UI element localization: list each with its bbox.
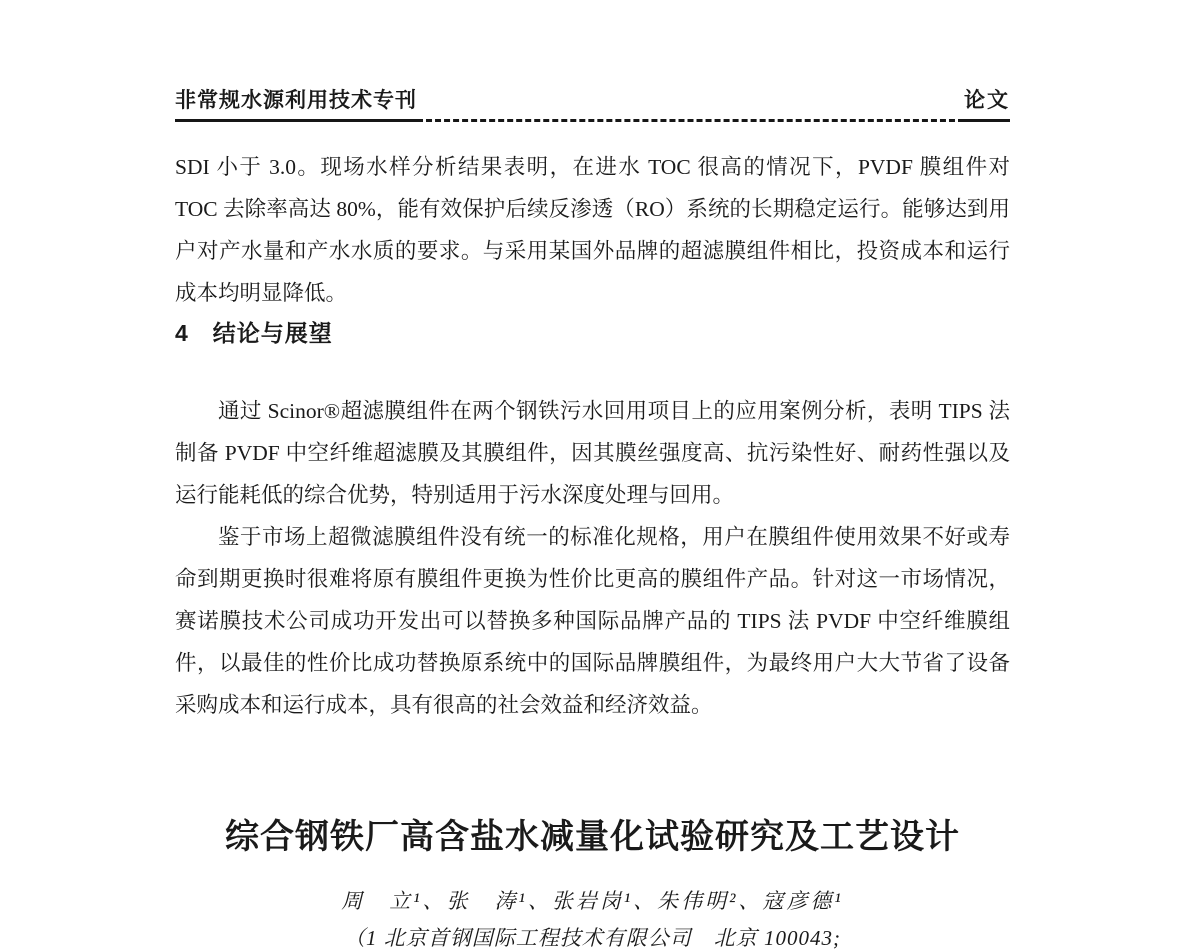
- next-article-authors: 周 立¹、张 涛¹、张岩岗¹、朱伟明²、寇彦德¹: [175, 884, 1010, 918]
- next-article-affiliation: （1 北京首钢国际工程技术有限公司 北京 100043;: [175, 922, 1010, 952]
- section-heading-conclusion: 4 结论与展望: [175, 312, 1010, 354]
- doc-type-label: 论文: [964, 84, 1010, 122]
- document-page: 非常规水源利用技术专刊 论文 SDI 小于 3.0。现场水样分析结果表明，在进水…: [0, 0, 1200, 952]
- body-paragraphs-2-3: 通过 Scinor®超滤膜组件在两个钢铁污水回用项目上的应用案例分析，表明 TI…: [175, 390, 1010, 726]
- paragraph-text: 鉴于市场上超微滤膜组件没有统一的标准化规格，用户在膜组件使用效果不好或寿命到期更…: [175, 516, 1010, 726]
- header-rule: [417, 84, 964, 122]
- next-article-title: 综合钢铁厂高含盐水减量化试验研究及工艺设计: [175, 812, 1010, 864]
- body-paragraph-1: SDI 小于 3.0。现场水样分析结果表明，在进水 TOC 很高的情况下，PVD…: [175, 146, 1010, 314]
- journal-title: 非常规水源利用技术专刊: [175, 84, 417, 122]
- paragraph-text: SDI 小于 3.0。现场水样分析结果表明，在进水 TOC 很高的情况下，PVD…: [175, 146, 1010, 314]
- running-head: 非常规水源利用技术专刊 论文: [175, 84, 1010, 122]
- paragraph-text: 通过 Scinor®超滤膜组件在两个钢铁污水回用项目上的应用案例分析，表明 TI…: [175, 390, 1010, 516]
